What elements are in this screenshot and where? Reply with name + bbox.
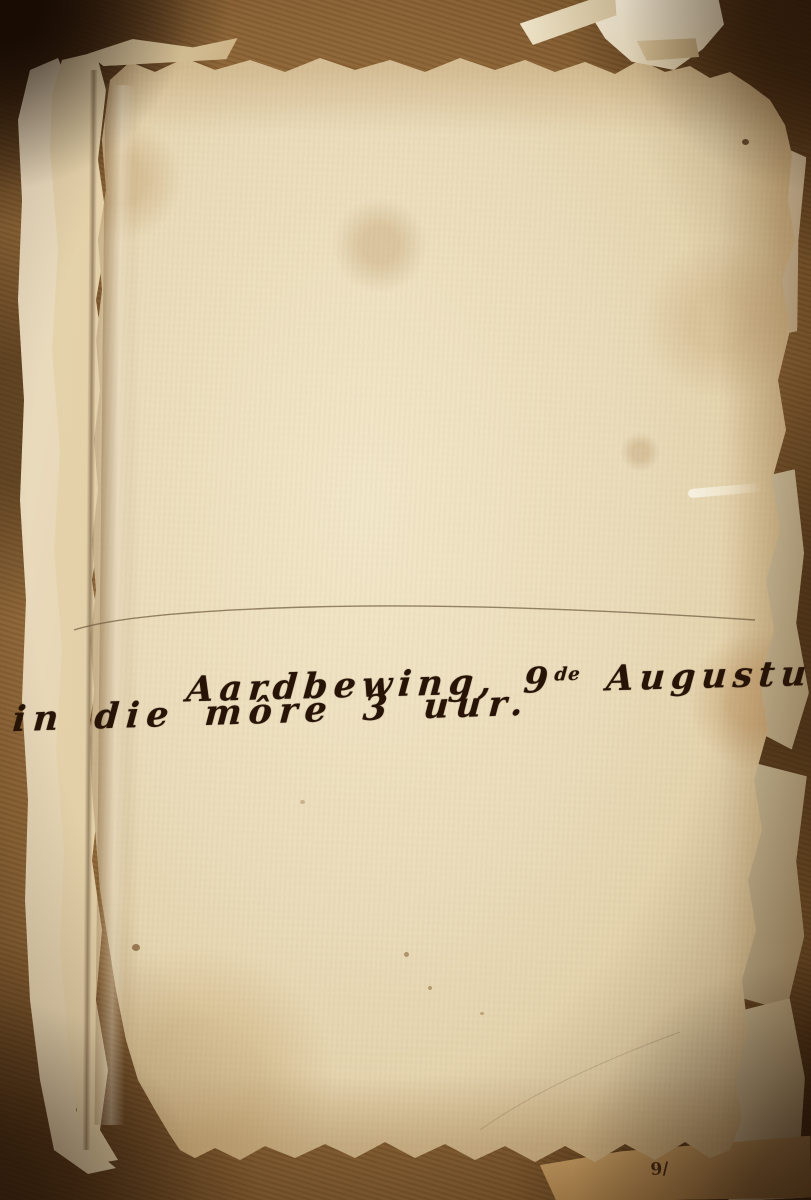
faint-scratch	[470, 1020, 690, 1140]
earthquake-ordinal: de	[554, 664, 582, 686]
foxing-speck	[300, 800, 305, 804]
earthquake-rest: Augustus 1932	[579, 648, 811, 700]
foxing-speck	[428, 986, 432, 990]
foxing-speck	[480, 1012, 484, 1015]
page-number-fragment: 9/	[650, 1161, 669, 1179]
photo-old-notebook-page: Petrus Hendrik du Preez. Maria Catherina…	[0, 0, 811, 1200]
foxing-speck	[404, 952, 409, 957]
foxing-speck	[742, 139, 749, 145]
foxing-speck	[132, 944, 140, 951]
torn-paper-fragment-top-left	[88, 35, 239, 66]
